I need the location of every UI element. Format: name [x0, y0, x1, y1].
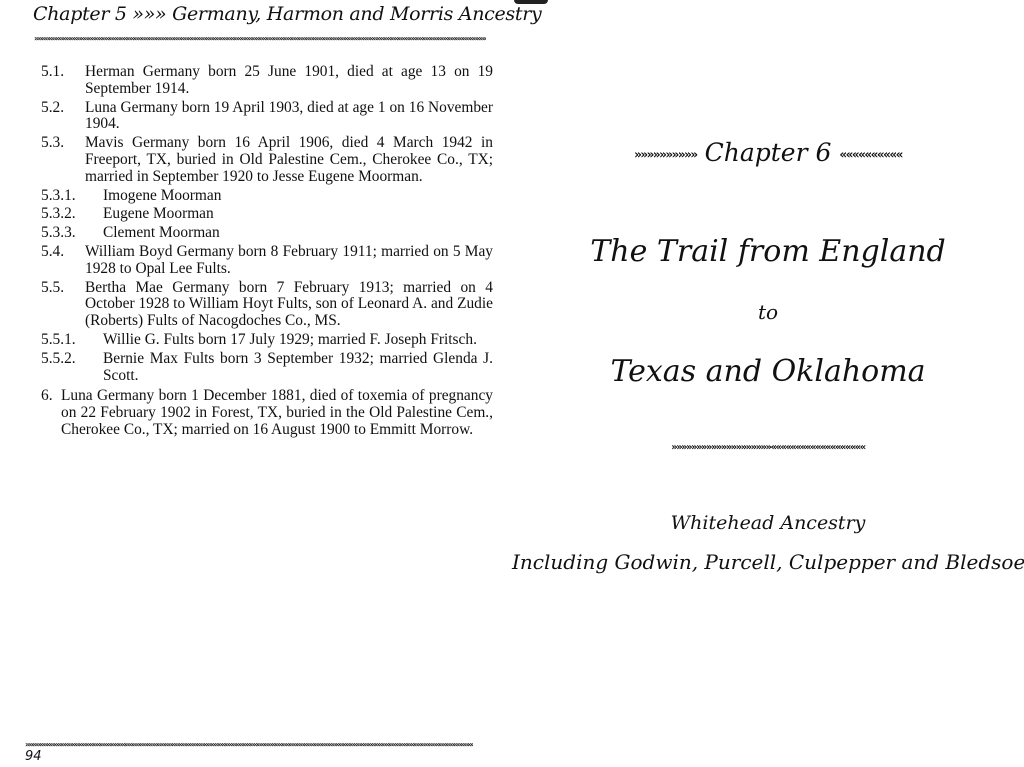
running-head: Chapter 5 »»» Germany, Harmon and Morris… [33, 3, 541, 25]
genealogy-entry: 5.3. Mavis Germany born 16 April 1906, d… [41, 135, 493, 185]
genealogy-entry: 6. Luna Germany born 1 December 1881, di… [41, 388, 493, 438]
entry-text: Luna Germany born 19 April 1903, died at… [41, 100, 493, 134]
entry-text: Bernie Max Fults born 3 September 1932; … [41, 351, 493, 385]
entry-number: 5.4. [41, 244, 64, 261]
chapter-title-line-1: The Trail from England [512, 234, 1024, 269]
chapter-subtitle: Whitehead Ancestry [512, 512, 1024, 534]
entry-text: Imogene Moorman [41, 188, 493, 205]
genealogy-entry: 5.5.2. Bernie Max Fults born 3 September… [41, 351, 493, 385]
entry-number: 5.3.1. [41, 188, 76, 205]
entry-text: Luna Germany born 1 December 1881, died … [41, 388, 493, 438]
entry-text: William Boyd Germany born 8 February 191… [41, 244, 493, 278]
chapter-heading: »»»»»»»»»» Chapter 6 «««««««««« [512, 138, 1024, 167]
genealogy-entry: 5.3.3. Clement Moorman [41, 225, 493, 242]
genealogy-entry: 5.3.2. Eugene Moorman [41, 206, 493, 223]
entry-text: Mavis Germany born 16 April 1906, died 4… [41, 135, 493, 185]
entry-text: Bertha Mae Germany born 7 February 1913;… [41, 280, 493, 330]
genealogy-entry: 5.3.1. Imogene Moorman [41, 188, 493, 205]
chevron-divider: »»»»»»»»»»»»»»»»»»»»««««««««««««««««««« [512, 442, 1024, 453]
entry-number: 5.3. [41, 135, 64, 152]
entry-number: 5.2. [41, 100, 64, 117]
page-number: 94 [25, 749, 42, 764]
footer-chevron-rule: »»»»»»»»»»»»»»»»»»»»»»»»»»»»»»»»»»»»»»»»… [25, 740, 473, 749]
entry-number: 5.5.2. [41, 351, 76, 368]
entry-number: 5.3.2. [41, 206, 76, 223]
chapter-right-chevrons: «««««««««« [839, 148, 902, 162]
entry-number: 5.5. [41, 280, 64, 297]
entry-text: Willie G. Fults born 17 July 1929; marri… [41, 332, 493, 349]
chapter-title-connector: to [512, 300, 1024, 324]
genealogy-entry: 5.5.1. Willie G. Fults born 17 July 1929… [41, 332, 493, 349]
entry-number: 5.3.3. [41, 225, 76, 242]
left-page: Chapter 5 »»» Germany, Harmon and Morris… [0, 0, 512, 767]
genealogy-entry: 5.1. Herman Germany born 25 June 1901, d… [41, 64, 493, 98]
chapter-left-chevrons: »»»»»»»»»» [634, 148, 697, 162]
header-chevron-rule: »»»»»»»»»»»»»»»»»»»»»»»»»»»»»»»»»»»»»»»»… [34, 34, 486, 43]
entry-number: 6. [41, 388, 53, 405]
chapter-title-line-2: Texas and Oklahoma [512, 354, 1024, 389]
entry-number: 5.5.1. [41, 332, 76, 349]
entry-text: Herman Germany born 25 June 1901, died a… [41, 64, 493, 98]
entry-number: 5.1. [41, 64, 64, 81]
chapter-label: Chapter 6 [705, 138, 832, 167]
genealogy-entry: 5.4. William Boyd Germany born 8 Februar… [41, 244, 493, 278]
chapter-subtitle-families: Including Godwin, Purcell, Culpepper and… [512, 550, 1024, 574]
entry-text: Clement Moorman [41, 225, 493, 242]
genealogy-entry: 5.5. Bertha Mae Germany born 7 February … [41, 280, 493, 330]
genealogy-entries: 5.1. Herman Germany born 25 June 1901, d… [41, 64, 493, 441]
right-page: »»»»»»»»»» Chapter 6 «««««««««« The Trai… [512, 0, 1024, 767]
genealogy-entry: 5.2. Luna Germany born 19 April 1903, di… [41, 100, 493, 134]
entry-text: Eugene Moorman [41, 206, 493, 223]
